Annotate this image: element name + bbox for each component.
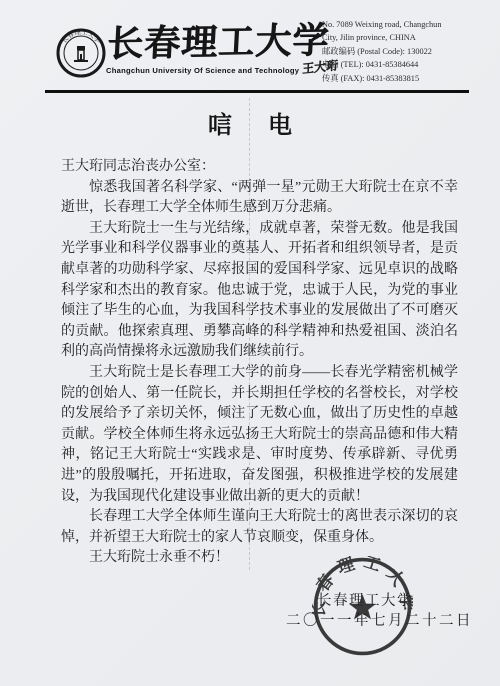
contact-postal-code: 邮政编码 (Postal Code): 130022 [322,45,492,58]
contact-block: No. 7089 Weixing road, Changchun City, J… [322,18,492,85]
contact-address-line1: No. 7089 Weixing road, Changchun [322,18,492,31]
document-title: 唁 电 [0,105,500,140]
contact-telephone: 电话 (TEL): 0431-85384644 [322,58,492,71]
letter-body: 王大珩同志治丧办公室： 惊悉我国著名科学家、“两弹一星”元勋王大珩院士在京不幸逝… [61,157,458,569]
university-name-cn: 长春理工大学 [106,20,318,64]
body-paragraph: 王大珩院士一生与光结缘，成就卓著，荣誉无数。他是我国光学事业和科学仪器事业的奠基… [61,219,458,363]
body-paragraph: 惊悉我国著名科学家、“两弹一星”元勋王大珩院士在京不幸逝世，长春理工大学全体师生… [61,178,458,219]
contact-address-line2: City, Jilin province, CHINA [322,31,492,44]
contact-fax: 传真 (FAX): 0431-85383815 [322,72,492,85]
seal-star-icon [349,594,376,619]
university-name-en: Changchun University Of Science and Tech… [106,66,316,75]
condolence-letter-page: 长春理工大学 长春理工大学 王大珩 Changchun University O… [0,0,500,686]
salutation: 王大珩同志治丧办公室： [61,157,458,178]
letterhead-brand: 长春理工大学 王大珩 Changchun University Of Scien… [106,24,316,75]
emblem-tower-icon [74,46,88,62]
body-paragraph: 长春理工大学全体师生谨向王大珩院士的离世表示深切的哀悼，并祈望王大珩院士的家人节… [61,507,458,548]
header-divider [45,90,469,93]
body-paragraph: 王大珩院士是长春理工大学的前身——长春光学精密机械学院的创始人、第一任院长，并长… [61,363,458,507]
university-emblem-icon: 长春理工大学 [56,28,106,78]
official-seal: 长春理工大学 [312,556,413,657]
